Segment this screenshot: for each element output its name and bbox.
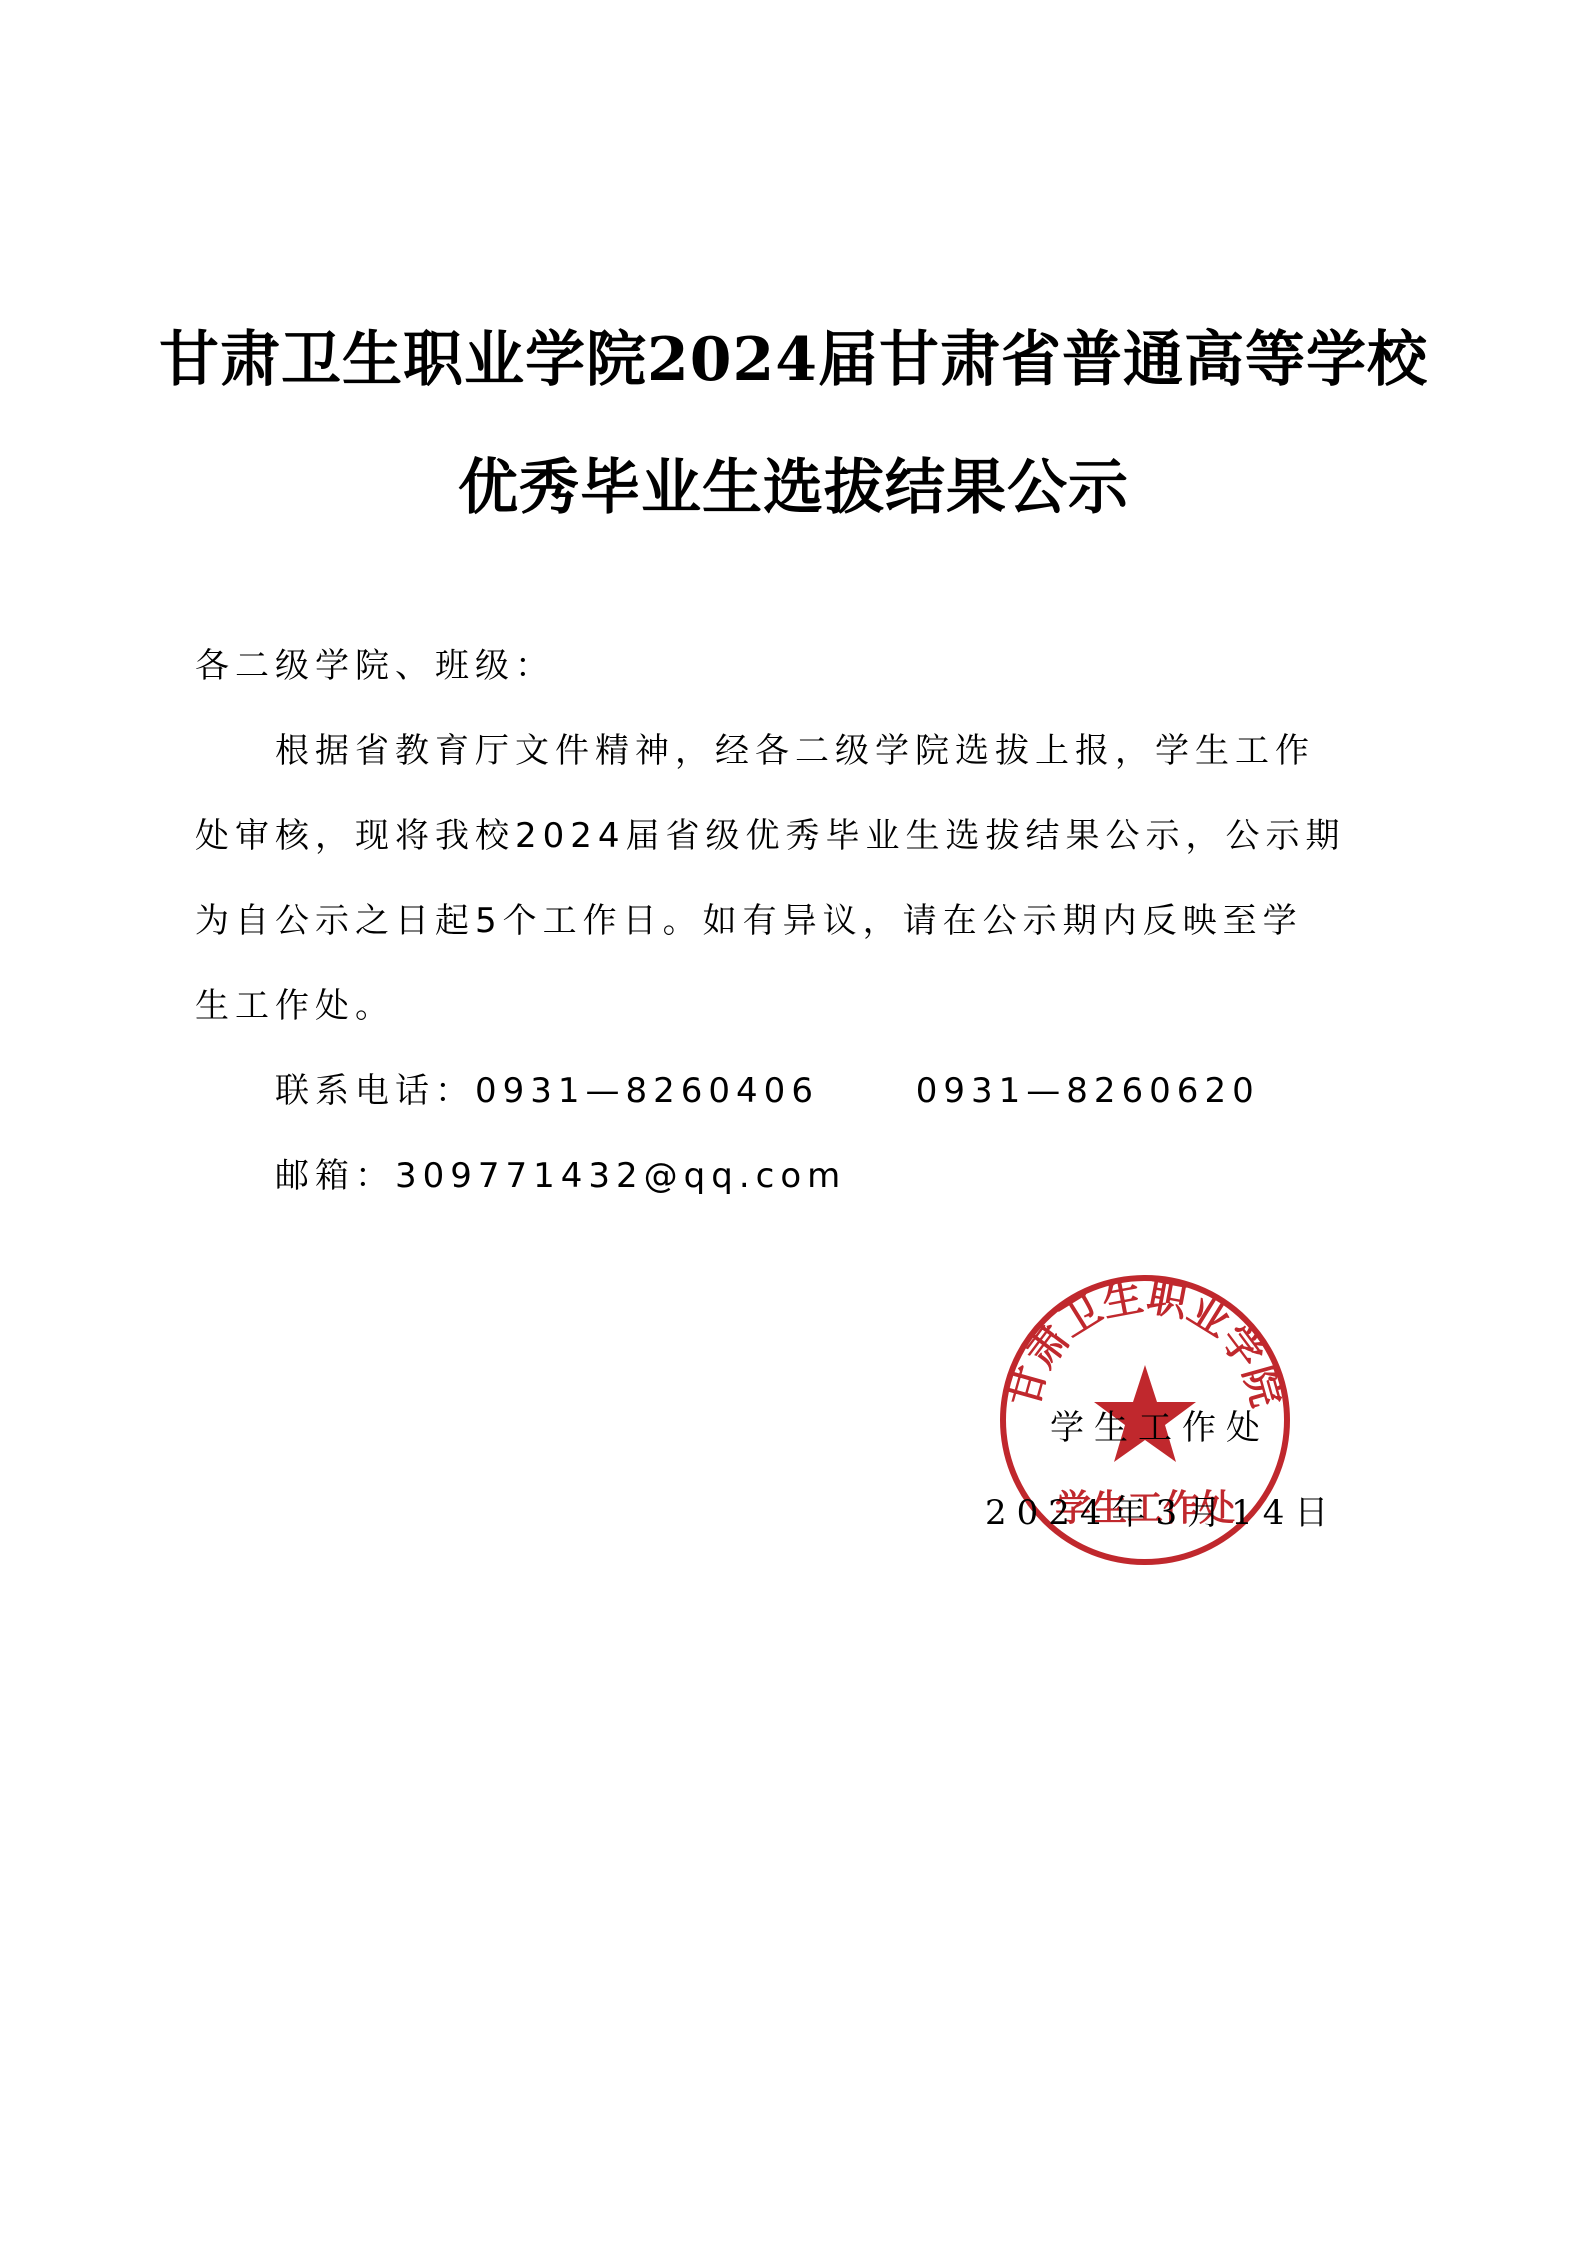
paragraph-line-2: 处审核，现将我校2024届省级优秀毕业生选拔结果公示，公示期 — [195, 815, 1395, 857]
paragraph-line-4: 生工作处。 — [195, 985, 1395, 1027]
phone-line: 联系电话：0931—8260406 0931—8260620 — [195, 1070, 1395, 1112]
paragraph-line-1: 根据省教育厅文件精神，经各二级学院选拔上报，学生工作 — [195, 730, 1395, 772]
paragraph-line-3: 为自公示之日起5个工作日。如有异议，请在公示期内反映至学 — [195, 900, 1395, 942]
email-line: 邮箱：309771432@qq.com — [195, 1155, 1395, 1197]
signature-office: 学生工作处 — [1050, 1400, 1270, 1449]
signature-date: 2024年3月14日 — [985, 1485, 1338, 1534]
title-line-1: 甘肃卫生职业学院2024届甘肃省普通高等学校 — [0, 312, 1587, 398]
salutation: 各二级学院、班级： — [195, 645, 1395, 687]
title-line-2: 优秀毕业生选拔结果公示 — [0, 440, 1587, 526]
